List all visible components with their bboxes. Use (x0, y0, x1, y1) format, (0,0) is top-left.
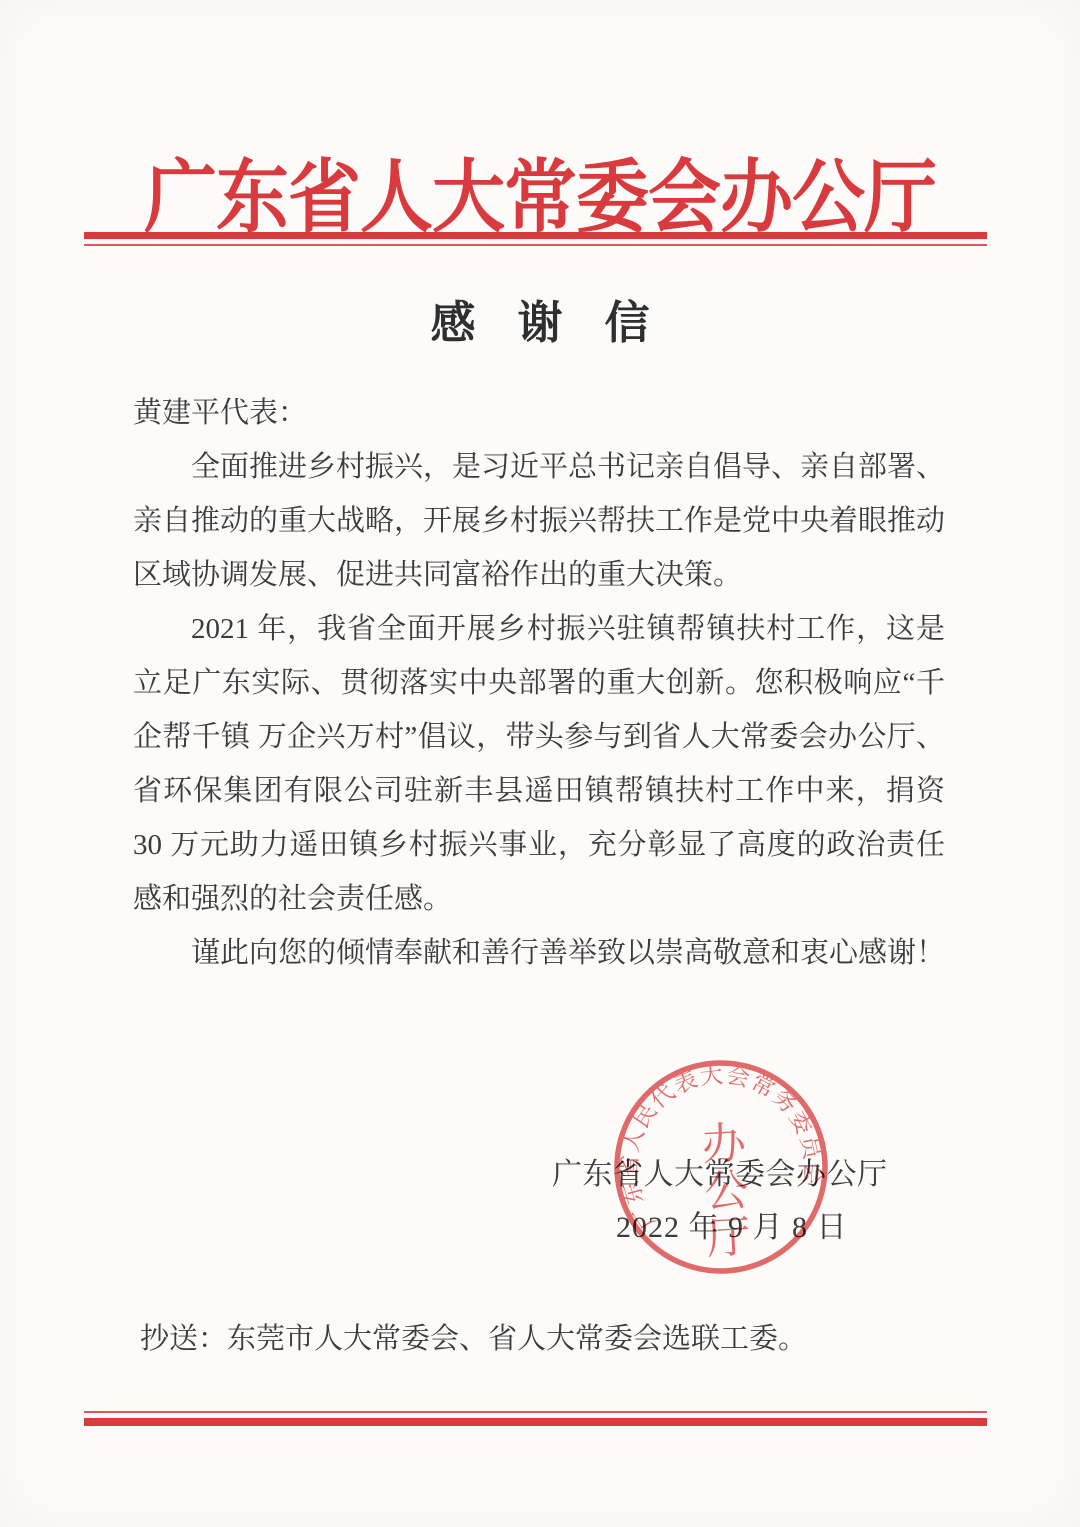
body-line: 区域协调发展、促进共同富裕作出的重大决策。 (133, 548, 945, 602)
body-line: 30 万元助力遥田镇乡村振兴事业，充分彰显了高度的政治责任 (133, 818, 945, 872)
body-line: 2021 年，我省全面开展乡村振兴驻镇帮镇扶村工作，这是 (133, 602, 945, 656)
letterhead-org-name: 广东省人大常委会办公厅 (0, 133, 1080, 247)
signature-org-name: 广东省人大常委会办公厅 (552, 1149, 888, 1193)
body-line: 省环保集团有限公司驻新丰县遥田镇帮镇扶村工作中来，捐资 (133, 764, 945, 818)
scanned-letter-page: 广东省人大常委会办公厅 感谢信 黄建平代表： 全面推进乡村振兴，是习近平总书记亲… (0, 0, 1080, 1527)
footer-rule-thick (84, 1418, 987, 1426)
body-line: 立足广东实际、贯彻落实中央部署的重大创新。您积极响应“千 (133, 656, 945, 710)
body-line: 感和强烈的社会责任感。 (133, 872, 945, 926)
closing-line: 谨此向您的倾情奉献和善行善举致以崇高敬意和衷心感谢！ (133, 926, 945, 980)
letterhead-rule-thick (84, 232, 987, 239)
cc-note: 抄送：东莞市人大常委会、省人大常委会选联工委。 (140, 1316, 807, 1357)
letter-title: 感谢信 (0, 286, 1080, 351)
letterhead-rule-thin (84, 244, 987, 246)
body-line: 企帮千镇 万企兴万村”倡议，带头参与到省人大常委会办公厅、 (133, 710, 945, 764)
body-line: 亲自推动的重大战略，开展乡村振兴帮扶工作是党中央着眼推动 (133, 494, 945, 548)
signature-date: 2022 年 9 月 8 日 (616, 1202, 848, 1246)
letter-body: 黄建平代表： 全面推进乡村振兴，是习近平总书记亲自倡导、亲自部署、 亲自推动的重… (133, 386, 945, 980)
body-line: 全面推进乡村振兴，是习近平总书记亲自倡导、亲自部署、 (133, 440, 945, 494)
footer-rule-thin (84, 1411, 987, 1413)
salutation-line: 黄建平代表： (133, 386, 945, 440)
